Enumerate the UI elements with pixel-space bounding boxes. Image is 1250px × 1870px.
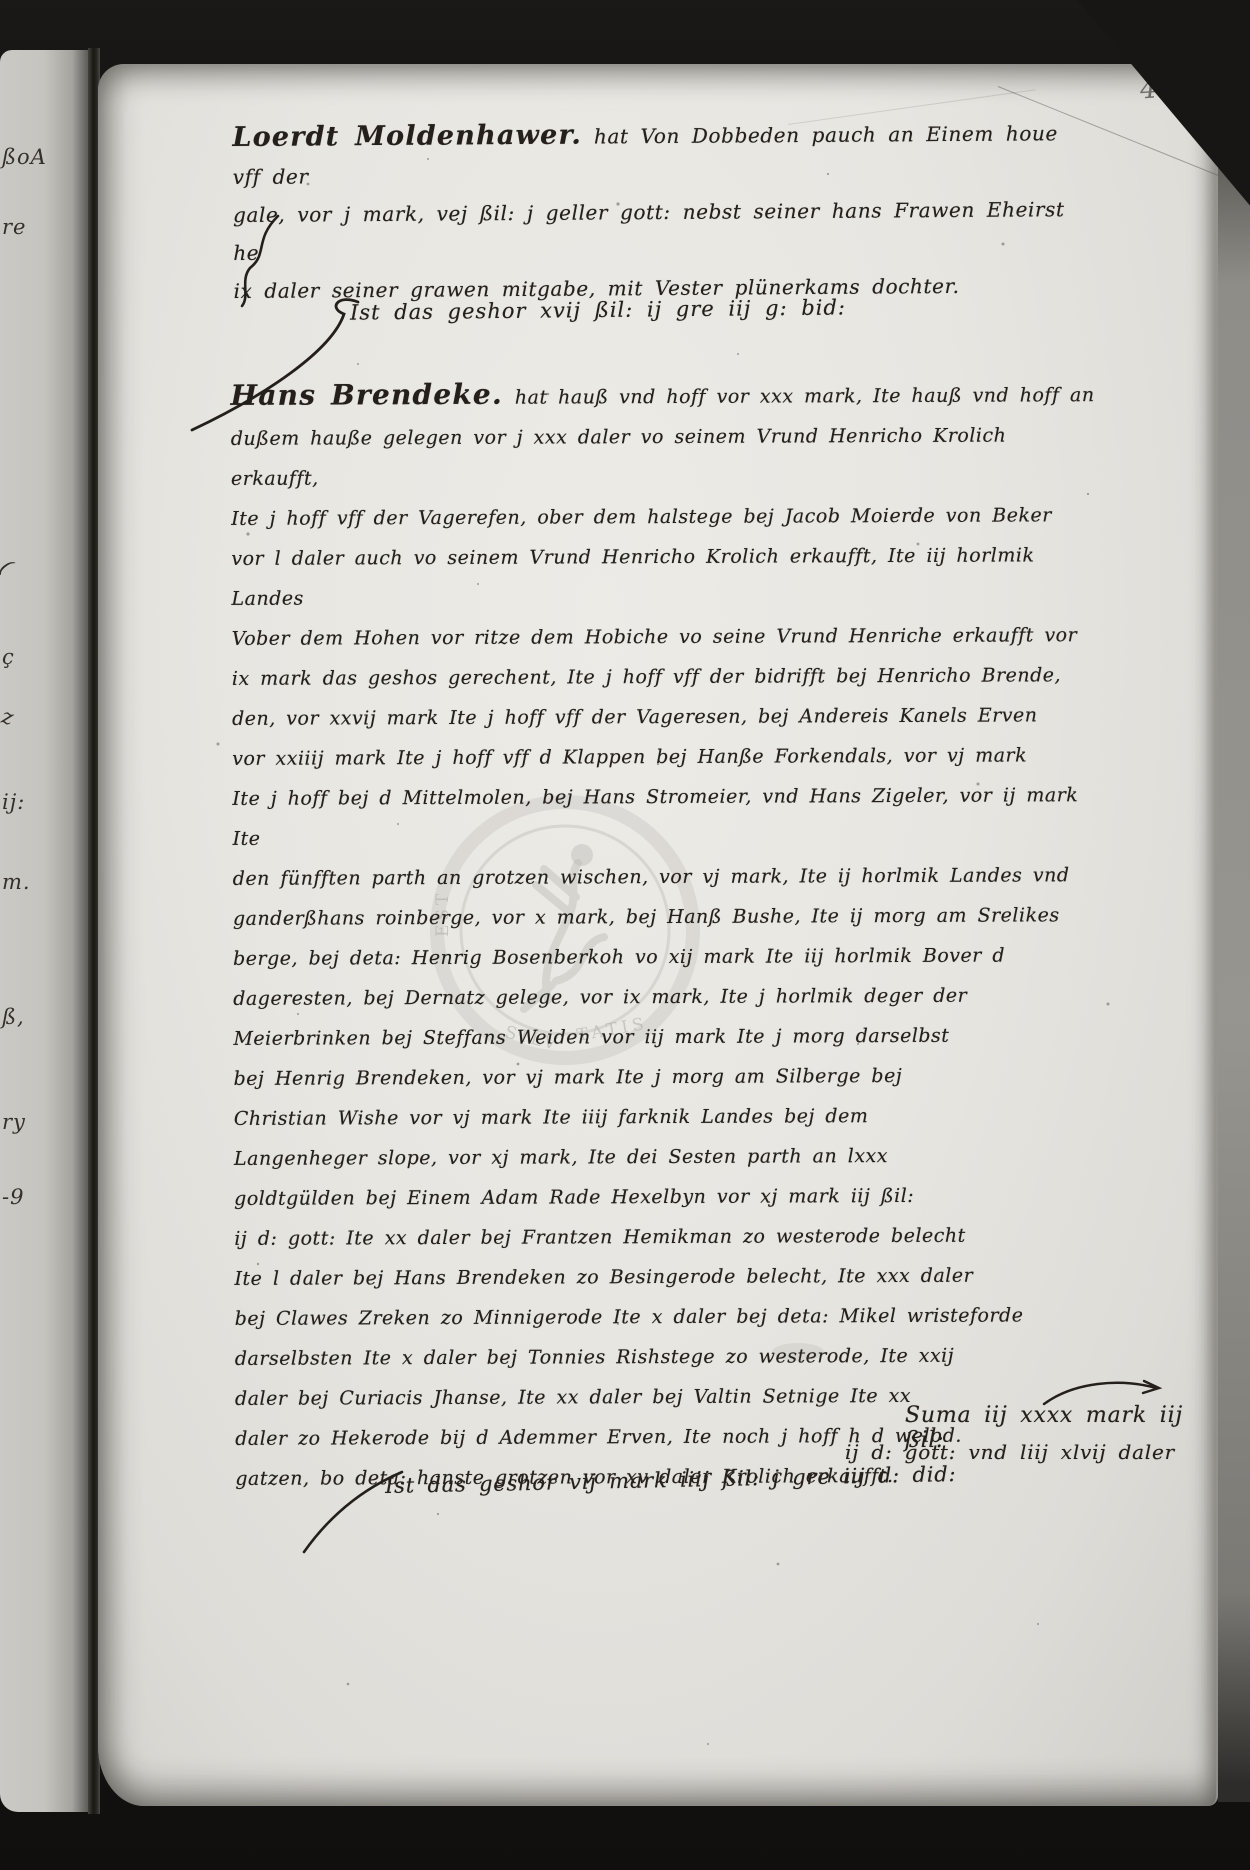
entry-moldenhawer: Loerdt Moldenhawer.hat Von Dobbeden pauc… [232, 113, 1093, 310]
facing-page-edge: ßoA re ( ç z ij: m. ß, ry -9 [0, 50, 88, 1812]
manuscript-line: Vober dem Hohen vor ritze dem Hobiche vo… [232, 615, 1098, 659]
manuscript-line: vor l daler auch vo seinem Vrund Henrich… [231, 535, 1097, 619]
manuscript-line: Ite l daler bej Hans Brendeken zo Besing… [234, 1255, 1100, 1299]
book-photograph: ßoA re ( ç z ij: m. ß, ry -9 403. [0, 0, 1250, 1870]
manuscript-line: Loerdt Moldenhawer.hat Von Dobbeden pauc… [232, 113, 1093, 196]
manuscript-line: goldtgülden bej Einem Adam Rade Hexelbyn… [234, 1175, 1100, 1219]
manuscript-line: den fünfften parth an grotzen wischen, v… [233, 855, 1099, 899]
margin-fragment: ij: [2, 790, 25, 814]
fore-edge-page-stack [1218, 58, 1250, 1802]
margin-fragment: re [2, 215, 26, 239]
manuscript-line: bej Henrig Brendeken, vor vj mark Ite j … [234, 1055, 1100, 1099]
margin-fragment: ßoA [2, 145, 47, 169]
margin-fragment: ß, [2, 1005, 25, 1029]
manuscript-line: ix mark das geshos gerechent, Ite j hoff… [232, 655, 1098, 699]
manuscript-line: dußem hauße gelegen vor j xxx daler vo s… [231, 415, 1097, 499]
entry-brendeke: Hans Brendeke.hat hauß vnd hoff vor xxx … [231, 372, 1102, 1499]
geschoss-assessment-1: Ist das geshor xvij ßil: ij gre iij g: b… [350, 295, 846, 324]
suma-line-2: ij d: gott: vnd liij xlvij daler [845, 1440, 1175, 1464]
margin-fragment: ry [2, 1110, 26, 1134]
manuscript-line: den, vor xxvij mark Ite j hoff vff der V… [232, 695, 1098, 739]
margin-fragment: z [0, 704, 17, 730]
entry-heading: Hans Brendeke. [231, 378, 503, 412]
manuscript-line: Langenheger slope, vor xj mark, Ite dei … [234, 1135, 1100, 1179]
manuscript-line: Christian Wishe vor vj mark Ite iiij far… [234, 1095, 1100, 1139]
manuscript-line: gale, vor j mark, vej ßil: j geller gott… [233, 190, 1094, 272]
manuscript-line: vor xxiiij mark Ite j hoff vff d Klappen… [232, 735, 1098, 779]
margin-fragment: ( [0, 555, 18, 579]
manuscript-line: darselbsten Ite x daler bej Tonnies Rish… [235, 1335, 1101, 1379]
manuscript-page: 403. EST SILV TATIS [98, 64, 1218, 1806]
manuscript-line: Ite j hoff vff der Vagerefen, ober dem h… [231, 495, 1097, 539]
manuscript-line: Hans Brendeke.hat hauß vnd hoff vor xxx … [231, 372, 1097, 419]
entry-heading: Loerdt Moldenhawer. [232, 120, 582, 153]
manuscript-line: Ite j hoff bej d Mittelmolen, bej Hans S… [232, 775, 1098, 859]
margin-fragment: -9 [2, 1185, 24, 1209]
manuscript-line: ij d: gott: Ite xx daler bej Frantzen He… [234, 1215, 1100, 1259]
margin-fragment: m. [2, 870, 31, 894]
manuscript-line: dageresten, bej Dernatz gelege, vor ix m… [233, 975, 1099, 1019]
manuscript-line: ganderßhans roinberge, vor x mark, bej H… [233, 895, 1099, 939]
manuscript-line: bej Clawes Zreken zo Minnigerode Ite x d… [235, 1295, 1101, 1339]
manuscript-line: Meierbrinken bej Steffans Weiden vor iij… [233, 1015, 1099, 1059]
margin-fragment: ç [2, 645, 15, 669]
manuscript-line: berge, bej deta: Henrig Bosenberkoh vo x… [233, 935, 1099, 979]
